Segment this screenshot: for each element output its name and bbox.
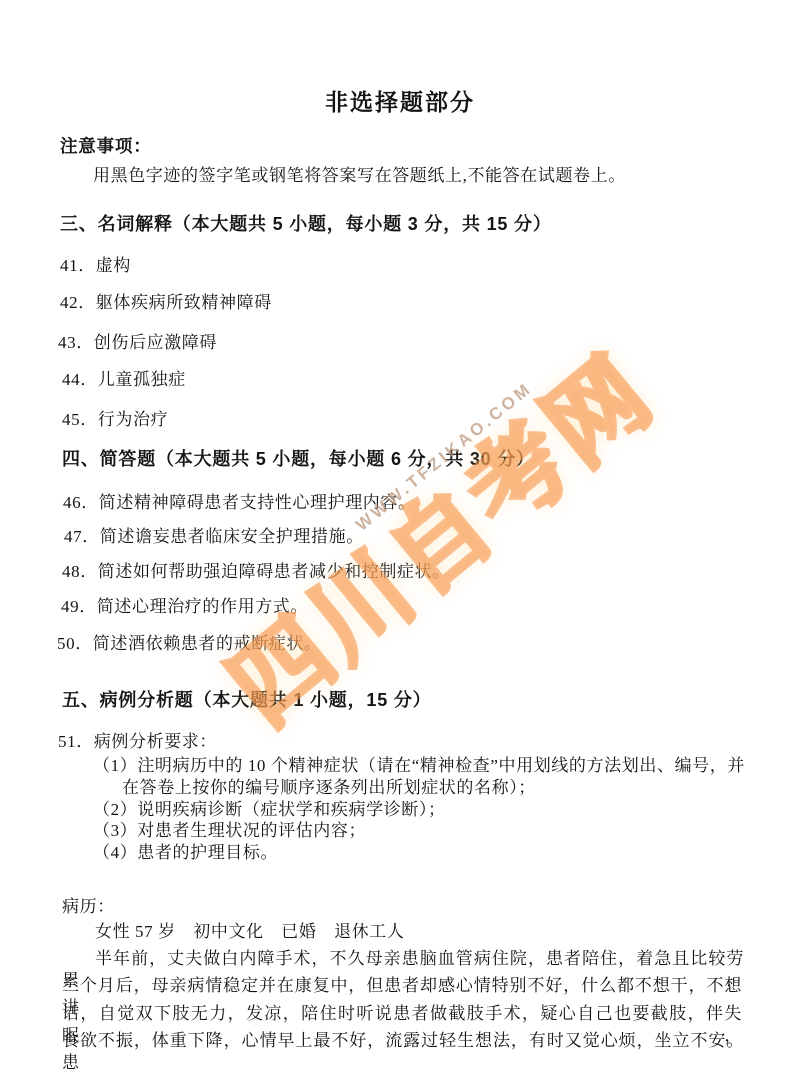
question-49: 49．简述心理治疗的作用方式。 [61,596,308,618]
case-history-label: 病历： [62,896,115,918]
question-41: 41．虚构 [60,255,131,277]
question-47: 47．简述谵妄患者临床安全护理措施。 [64,526,364,548]
question-43: 43．创伤后应激障碍 [58,332,217,354]
question-48: 48．简述如何帮助强迫障碍患者减少和控制症状。 [62,561,450,583]
question-45: 45．行为治疗 [62,409,168,431]
notice-label: 注意事项： [60,135,152,157]
requirement-1-line1: （1）注明病历中的 10 个精神症状（请在“精神检查”中用划线的方法划出、编号，… [93,755,745,777]
question-44: 44．儿童孤独症 [62,369,186,391]
exam-section-title: 非选择题部分 [0,84,800,117]
exam-paper-page: 非选择题部分 注意事项： 用黑色字迹的签字笔或钢笔将答案写在答题纸上,不能答在试… [0,0,800,1070]
section3-heading: 三、名词解释（本大题共 5 小题，每小题 3 分，共 15 分） [60,213,552,235]
patient-info: 女性 57 岁 初中文化 已婚 退休工人 [95,921,405,943]
requirement-2: （2）说明疾病诊断（症状学和疾病学诊断）； [93,799,446,821]
case-paragraph-line-4: 食欲不振，体重下降，心情早上最不好，流露过轻生想法，有时又觉心烦，坐立不安。患 [62,1030,744,1070]
question-46: 46．简述精神障碍患者支持性心理护理内容。 [63,492,416,514]
question-50: 50．简述酒依赖患者的戒断症状。 [57,633,322,655]
question-42: 42．躯体疾病所致精神障碍 [60,292,272,314]
section4-heading: 四、简答题（本大题共 5 小题，每小题 6 分，共 30 分） [62,448,535,470]
requirement-4: （4）患者的护理目标。 [93,842,278,864]
notice-text: 用黑色字迹的签字笔或钢笔将答案写在答题纸上,不能答在试题卷上。 [93,165,626,187]
requirement-1-line2: 在答卷上按你的编号顺序逐条列出所划症状的名称）； [122,777,536,799]
section5-heading: 五、病例分析题（本大题共 1 小题，15 分） [62,689,431,711]
requirement-3: （3）对患者生理状况的评估内容； [93,820,366,842]
question-51: 51．病例分析要求： [58,731,217,753]
